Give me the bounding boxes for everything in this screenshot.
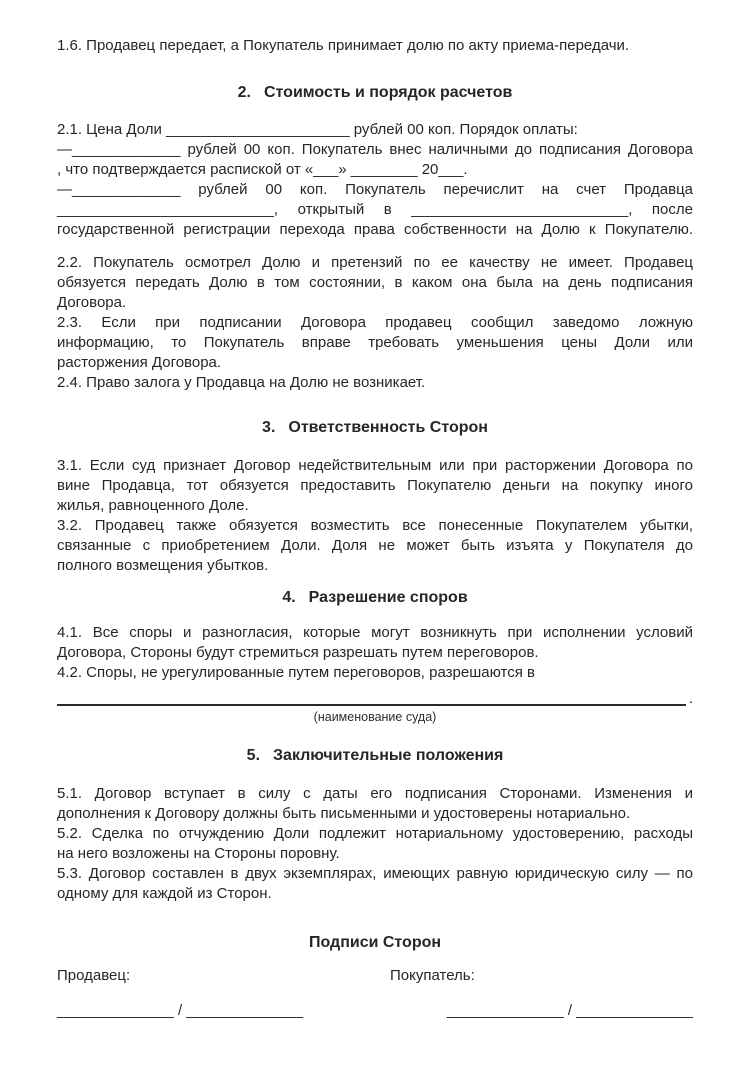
clause-3-1: 3.1. Если суд признает Договор недействи…: [57, 456, 693, 516]
court-line-period: .: [689, 689, 693, 709]
clause-2-3: 2.3. Если при подписании Договора продав…: [57, 313, 693, 373]
text-line: 2.2. Покупатель осмотрел Долю и претензи…: [57, 253, 693, 273]
text-line: 4.1. Все споры и разногласия, которые мо…: [57, 623, 693, 643]
section-2-title: Стоимость и порядок расчетов: [264, 84, 512, 101]
seller-signature-cell: ______________ / ______________: [57, 1001, 363, 1021]
text-line: дополнения к Договору должны быть письме…: [57, 804, 693, 824]
section-3-title: Ответственность Сторон: [288, 419, 488, 436]
text-line: —_____________ рублей 00 коп. Покупатель…: [57, 180, 693, 200]
court-name-blank: .: [57, 693, 693, 709]
seller-column: Продавец:: [57, 966, 375, 986]
text-line: 2.1. Цена Доли ______________________ ру…: [57, 120, 693, 140]
text-line: 5.1. Договор вступает в силу с даты его …: [57, 784, 693, 804]
clause-5-1: 5.1. Договор вступает в силу с даты его …: [57, 784, 693, 824]
text-line: информацию, то Покупатель вправе требова…: [57, 333, 693, 353]
section-2-heading: 2.Стоимость и порядок расчетов: [57, 83, 693, 103]
text-line: 5.3. Договор составлен в двух экземпляра…: [57, 864, 693, 884]
buyer-column: Покупатель:: [375, 966, 693, 986]
buyer-label: Покупатель:: [390, 966, 475, 986]
clause-2-4: 2.4. Право залога у Продавца на Долю не …: [57, 373, 693, 393]
text-line: вине Продавца, тот обязуется предоставит…: [57, 476, 693, 496]
section-4-heading: 4.Разрешение споров: [57, 588, 693, 608]
court-blank-line: [57, 704, 686, 706]
text-line: Договора, Стороны будут стремиться разре…: [57, 643, 693, 663]
text-line: , что подтверждается распиской от «___» …: [57, 160, 693, 180]
text-line: государственной регистрации перехода пра…: [57, 220, 693, 240]
section-4-title: Разрешение споров: [309, 589, 468, 606]
clause-5-2: 5.2. Сделка по отчуждению Доли подлежит …: [57, 824, 693, 864]
seller-signature-line: ______________ / ______________: [57, 1002, 303, 1019]
text-line: полного возмещения убытков.: [57, 556, 693, 576]
text-line: жилья, равноценного Доле.: [57, 496, 693, 516]
text-line: расторжения Договора.: [57, 353, 693, 373]
seller-label: Продавец:: [57, 967, 130, 984]
section-2-number: 2.: [238, 84, 251, 101]
clause-2-1: 2.1. Цена Доли ______________________ ру…: [57, 120, 693, 240]
text-line: на него возложены на Стороны поровну.: [57, 844, 693, 864]
signatures-heading: Подписи Сторон: [57, 933, 693, 953]
text-line: __________________________, открытый в _…: [57, 200, 693, 220]
text-line: обязуется передать Долю в том состоянии,…: [57, 273, 693, 293]
section-4-number: 4.: [282, 589, 295, 606]
court-caption: (наименование суда): [57, 709, 693, 725]
clause-2-2: 2.2. Покупатель осмотрел Долю и претензи…: [57, 253, 693, 313]
text-line: 2.3. Если при подписании Договора продав…: [57, 313, 693, 333]
clause-3-2: 3.2. Продавец также обязуется возместить…: [57, 516, 693, 576]
buyer-signature-line: ______________ / ______________: [447, 1001, 693, 1021]
signature-labels-row: Продавец: Покупатель:: [57, 966, 693, 986]
clause-4-2: 4.2. Споры, не урегулированные путем пер…: [57, 663, 693, 683]
section-3-number: 3.: [262, 419, 275, 436]
text-line: связанные с приобретением Доли. Доля не …: [57, 536, 693, 556]
clause-5-3: 5.3. Договор составлен в двух экземпляра…: [57, 864, 693, 904]
signature-lines-row: ______________ / ______________ ________…: [57, 1001, 693, 1021]
section-5-number: 5.: [247, 747, 260, 764]
buyer-signature-cell: ______________ / ______________: [363, 1001, 693, 1021]
section-5-title: Заключительные положения: [273, 747, 503, 764]
contract-document-page: 1.6. Продавец передает, а Покупатель при…: [0, 0, 750, 1082]
section-5-heading: 5.Заключительные положения: [57, 746, 693, 766]
clause-1-6: 1.6. Продавец передает, а Покупатель при…: [57, 36, 693, 56]
text-line: 3.1. Если суд признает Договор недействи…: [57, 456, 693, 476]
clause-4-1: 4.1. Все споры и разногласия, которые мо…: [57, 623, 693, 663]
text-line: 5.2. Сделка по отчуждению Доли подлежит …: [57, 824, 693, 844]
text-line: Договора.: [57, 293, 693, 313]
section-3-heading: 3.Ответственность Сторон: [57, 418, 693, 438]
text-line: одному для каждой из Сторон.: [57, 884, 693, 904]
text-line: 3.2. Продавец также обязуется возместить…: [57, 516, 693, 536]
text-line: —_____________ рублей 00 коп. Покупатель…: [57, 140, 693, 160]
